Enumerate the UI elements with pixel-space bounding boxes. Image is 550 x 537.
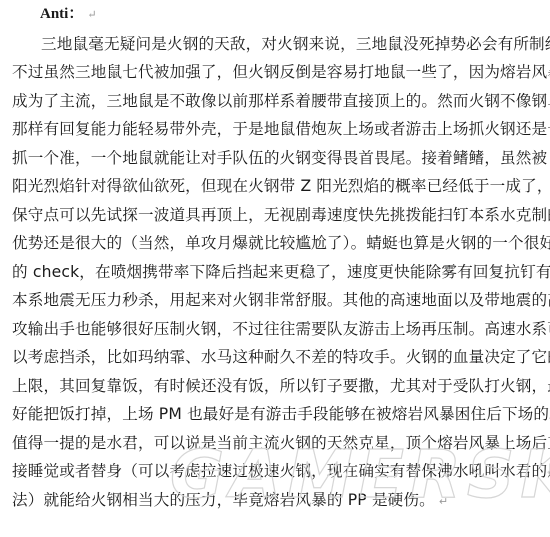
- text-line: 不过虽然三地鼠七代被加强了，但火钢反倒是容易打地鼠一些了，因为熔岩风暴: [12, 62, 542, 82]
- text-line: 攻输出手也能够很好压制火钢，不过往往需要队友游击上场再压制。高速水系可: [12, 319, 542, 339]
- text-line-last: 法）就能给火钢相当大的压力，毕竟熔岩风暴的 PP 是硬伤。↵: [12, 490, 542, 512]
- text-line: 三地鼠毫无疑问是火钢的天敌，对火钢来说，三地鼠没死掉势必会有所制约，: [41, 34, 541, 54]
- text-line: 的 check，在喷烟携带率下降后挡起来更稳了，速度更快能除雾有回复抗钉有 UT: [12, 262, 542, 282]
- text-line: 值得一提的是水君，可以说是当前主流火钢的天然克星，顶个熔岩风暴上场后直: [12, 433, 542, 453]
- text-line: 好能把饭打掉，上场 PM 也最好是有游击手段能够在被熔岩风暴困住后下场的。: [12, 404, 542, 424]
- text-line: 优势还是很大的（当然，单攻月爆就比较尴尬了）。蜻蜓也算是火钢的一个很好: [12, 233, 542, 253]
- text-line: 成为了主流，三地鼠是不敢像以前那样系着腰带直接顶上的。然而火钢不像钢鸟: [12, 91, 542, 111]
- text-line: 本系地震无压力秒杀，用起来对火钢非常舒服。其他的高速地面以及带地震的高: [12, 290, 542, 310]
- text-line: 保守点可以先试探一波道具再顶上，无视剧毒速度快先挑拨能扫钉本系水克制的: [12, 205, 542, 225]
- paragraph-mark-icon: ↵: [87, 9, 96, 21]
- heading-text: Anti：: [40, 6, 83, 22]
- text-line: 抓一个准，一个地鼠就能让对手队伍的火钢变得畏首畏尾。接着鳍鳍，虽然被 Z: [12, 148, 542, 168]
- text-line: 接睡觉或者替身（可以考虑拉速过极速火钢，现在确实有替保沸水吼叫水君的用: [12, 461, 542, 481]
- paragraph-mark-icon: ↵: [439, 495, 448, 508]
- text-line: 那样有回复能力能轻易带外壳，于是地鼠借炮灰上场或者游击上场抓火钢还是一: [12, 119, 542, 139]
- text-line: 阳光烈焰针对得欲仙欲死，但现在火钢带 Z 阳光烈焰的概率已经低于一成了，: [12, 176, 542, 196]
- text-line: 以考虑挡杀，比如玛纳霏、水马这种耐久不差的特攻手。火钢的血量决定了它的: [12, 347, 542, 367]
- document-page: Anti：↵ 三地鼠毫无疑问是火钢的天敌，对火钢来说，三地鼠没死掉势必会有所制约…: [0, 0, 550, 537]
- text-line: 上限，其回复靠饭，有时候还没有饭，所以钉子要撒，尤其对于受队打火钢，最: [12, 376, 542, 396]
- text-line-content: 法）就能给火钢相当大的压力，毕竟熔岩风暴的 PP 是硬伤。: [12, 491, 435, 509]
- section-heading: Anti：↵: [40, 4, 97, 25]
